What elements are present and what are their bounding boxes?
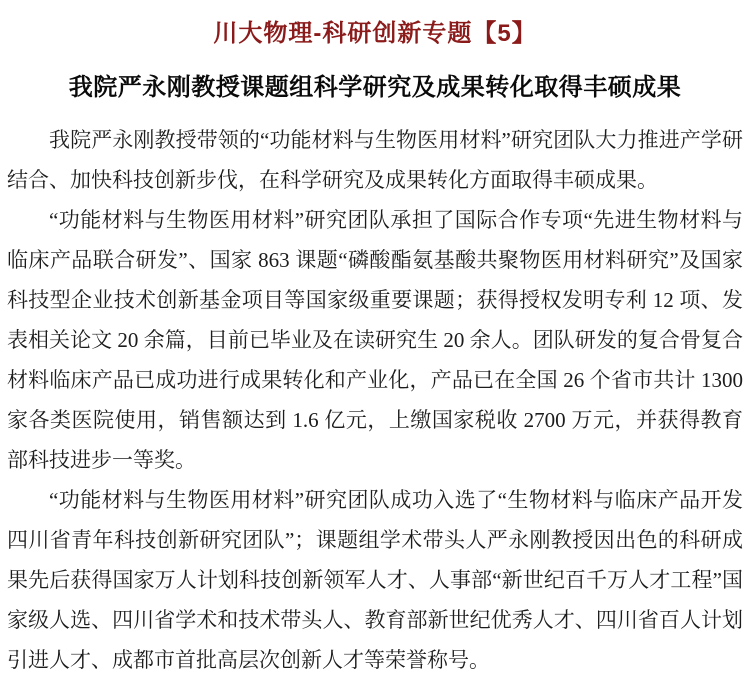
article-heading: 我院严永刚教授课题组科学研究及成果转化取得丰硕成果 [7,73,743,103]
document-page: 川大物理-科研创新专题【5】 我院严永刚教授课题组科学研究及成果转化取得丰硕成果… [0,0,750,699]
page-title: 川大物理-科研创新专题【5】 [7,18,743,50]
paragraph-3: “功能材料与生物医用材料”研究团队成功入选了“生物材料与临床产品开发四川省青年科… [7,480,743,680]
article-body: 我院严永刚教授带领的“功能材料与生物医用材料”研究团队大力推进产学研结合、加快科… [7,120,743,680]
paragraph-2: “功能材料与生物医用材料”研究团队承担了国际合作专项“先进生物材料与临床产品联合… [7,200,743,480]
paragraph-1: 我院严永刚教授带领的“功能材料与生物医用材料”研究团队大力推进产学研结合、加快科… [7,120,743,200]
